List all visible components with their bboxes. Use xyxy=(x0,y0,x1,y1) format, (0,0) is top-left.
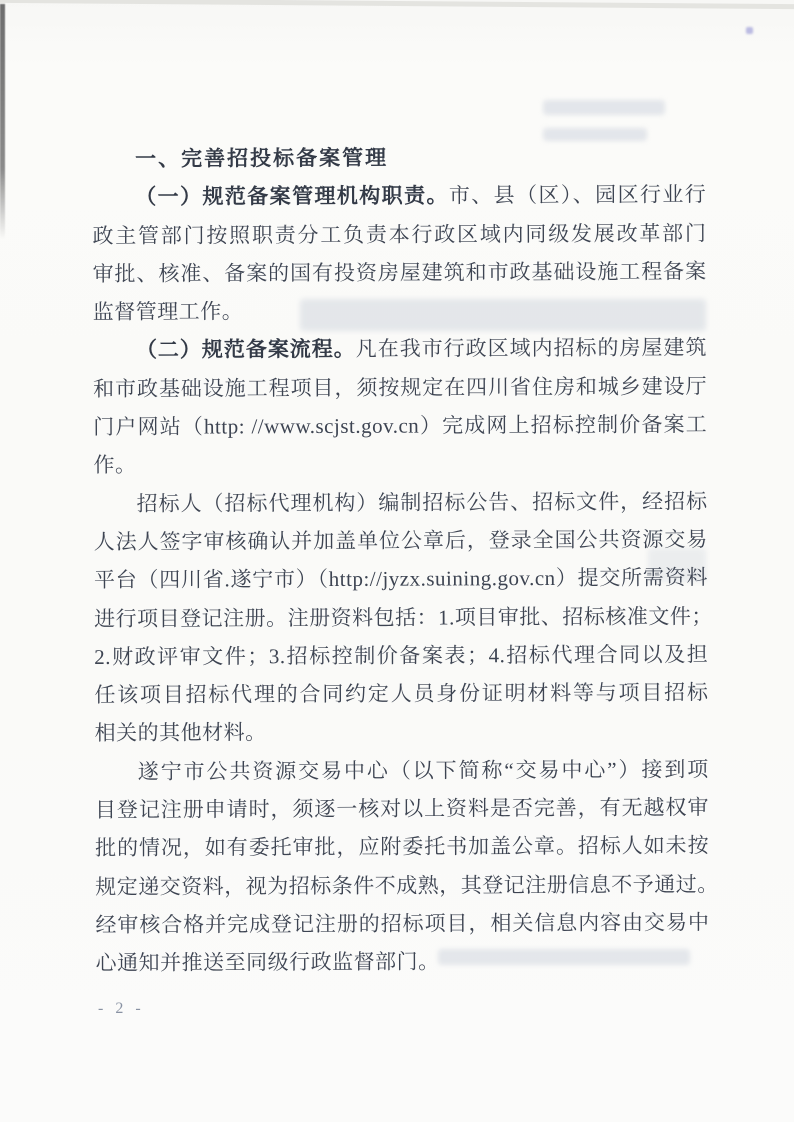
text-line: 政主管部门按照职责分工负责本行政区域内同级发展改革部门 xyxy=(92,214,706,255)
text-line: 心通知并推送至同级行政监督部门。 xyxy=(96,942,710,983)
scanned-page: 一、完善招投标备案管理（一）规范备案管理机构职责。市、县（区）、园区行业行政主管… xyxy=(0,0,794,1122)
text-segment: 经审核合格并完成登记注册的招标项目，相关信息内容由交易中 xyxy=(95,910,709,937)
text-line: 监督管理工作。 xyxy=(93,291,707,332)
text-line: 招标人（招标代理机构）编制招标公告、招标文件，经招标 xyxy=(94,482,708,523)
text-segment: 和市政基础设施工程项目，须按规定在四川省住房和城乡建设厅 xyxy=(93,374,707,401)
text-line: 规定递交资料，视为招标条件不成熟，其登记注册信息不予通过。 xyxy=(95,865,709,906)
text-segment: 2.财政评审文件；3.招标控制价备案表；4.招标代理合同以及担 xyxy=(94,642,708,669)
text-segment: 作。 xyxy=(93,453,136,477)
text-block: 一、完善招投标备案管理（一）规范备案管理机构职责。市、县（区）、园区行业行政主管… xyxy=(92,137,710,982)
text-segment: 审批、核准、备案的国有投资房屋建筑和市政基础设施工程备案 xyxy=(93,259,707,286)
text-segment: 目登记注册申请时，须逐一核对以上资料是否完善，有无越权审 xyxy=(95,795,709,822)
text-segment: 一、完善招投标备案管理 xyxy=(135,146,388,171)
text-segment: 人法人签字审核确认并加盖单位公章后，登录全国公共资源交易 xyxy=(94,527,708,554)
text-segment: 任该项目招标代理的合同约定人员身份证明材料等与项目招标 xyxy=(94,680,708,707)
text-segment: 招标人（招标代理机构）编制招标公告、招标文件，经招标 xyxy=(137,489,708,515)
text-segment: 政主管部门按照职责分工负责本行政区域内同级发展改革部门 xyxy=(92,221,706,248)
text-segment: （一）规范备案管理机构职责。 xyxy=(135,184,449,209)
text-line: 门户网站（http: //www.scjst.gov.cn）完成网上招标控制价备… xyxy=(93,405,707,446)
text-segment: 遂宁市公共资源交易中心（以下简称“交易中心”）接到项 xyxy=(138,757,709,783)
text-segment: 进行项目登记注册。注册资料包括：1.项目审批、招标核准文件； xyxy=(94,604,713,631)
text-line: 平台（四川省.遂宁市）（http://jyzx.suining.gov.cn）提… xyxy=(94,559,708,600)
text-segment: 心通知并推送至同级行政监督部门。 xyxy=(96,950,440,976)
text-segment: 平台（四川省.遂宁市）（http://jyzx.suining.gov.cn）提… xyxy=(94,566,708,593)
text-line: 相关的其他材料。 xyxy=(95,712,709,753)
text-line: （一）规范备案管理机构职责。市、县（区）、园区行业行 xyxy=(92,176,706,217)
text-segment: 监督管理工作。 xyxy=(93,300,244,325)
text-line: 批的情况，如有委托审批，应附委托书加盖公章。招标人如未按 xyxy=(95,827,709,868)
text-segment: 门户网站（http: //www.scjst.gov.cn）完成网上招标控制价备… xyxy=(93,412,707,439)
scan-edge-top xyxy=(0,0,794,9)
text-segment: （二）规范备案流程。 xyxy=(136,337,356,362)
text-line: （二）规范备案流程。凡在我市行政区域内招标的房屋建筑 xyxy=(93,329,707,370)
text-line: 作。 xyxy=(93,444,707,485)
text-line: 进行项目登记注册。注册资料包括：1.项目审批、招标核准文件； xyxy=(94,597,708,638)
scan-edge-left-strip xyxy=(0,4,5,239)
bleed-through-ghost-text xyxy=(543,100,665,115)
text-line: 目登记注册申请时，须逐一核对以上资料是否完善，有无越权审 xyxy=(95,788,709,829)
text-segment: 市、县（区）、园区行业行 xyxy=(449,183,707,208)
text-segment: 规定递交资料，视为招标条件不成熟，其登记注册信息不予通过。 xyxy=(95,872,719,899)
text-line: 经审核合格并完成登记注册的招标项目，相关信息内容由交易中 xyxy=(95,903,709,944)
heading-line: 一、完善招投标备案管理 xyxy=(92,137,706,178)
text-line: 2.财政评审文件；3.招标控制价备案表；4.招标代理合同以及担 xyxy=(94,635,708,676)
text-line: 审批、核准、备案的国有投资房屋建筑和市政基础设施工程备案 xyxy=(93,252,707,293)
text-line: 人法人签字审核确认并加盖单位公章后，登录全国公共资源交易 xyxy=(94,520,708,561)
text-line: 和市政基础设施工程项目，须按规定在四川省住房和城乡建设厅 xyxy=(93,367,707,408)
page-number: - 2 - xyxy=(98,1000,145,1018)
text-segment: 相关的其他材料。 xyxy=(95,721,267,746)
text-line: 任该项目招标代理的合同约定人员身份证明材料等与项目招标 xyxy=(94,673,708,714)
text-segment: 凡在我市行政区域内招标的房屋建筑 xyxy=(356,336,707,362)
text-line: 遂宁市公共资源交易中心（以下简称“交易中心”）接到项 xyxy=(95,750,709,791)
ink-speck xyxy=(746,27,753,34)
text-segment: 批的情况，如有委托审批，应附委托书加盖公章。招标人如未按 xyxy=(95,834,709,861)
